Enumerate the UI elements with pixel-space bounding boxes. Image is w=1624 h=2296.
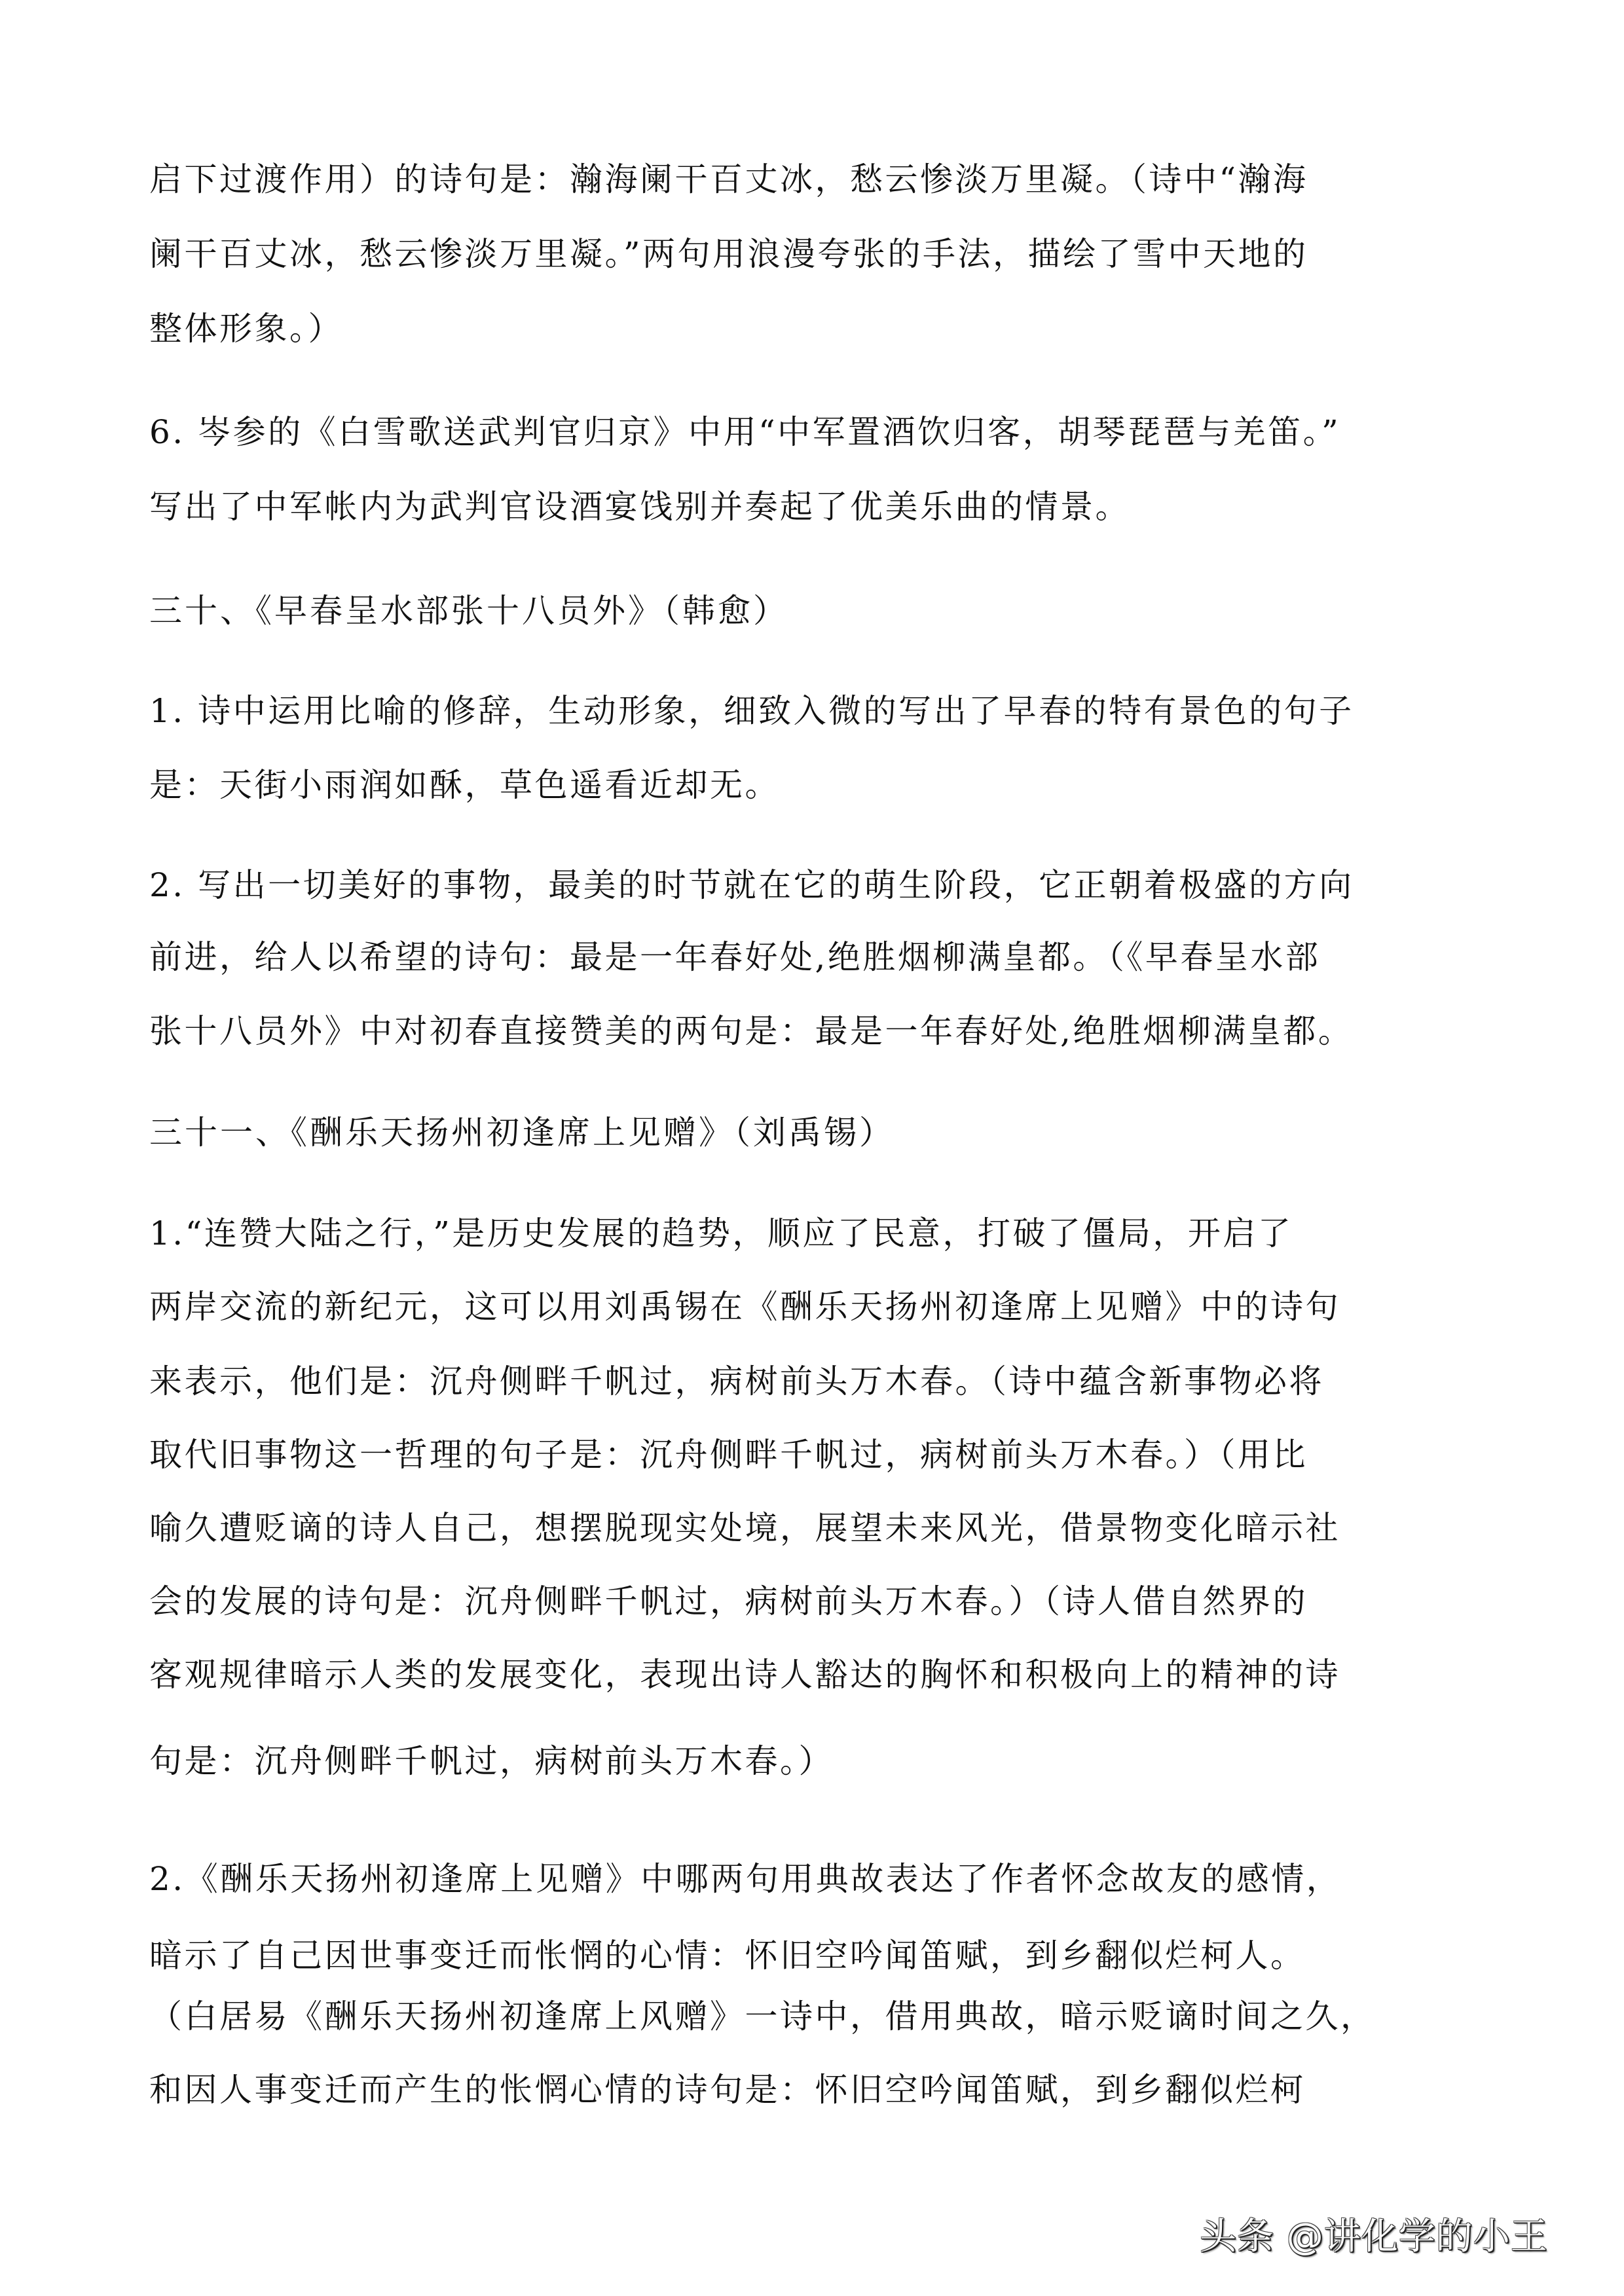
text-line: 张十八员外》中对初春直接赞美的两句是：最是一年春好处,绝胜烟柳满皇都。 — [149, 1011, 1353, 1051]
text-line: 6. 岑参的《白雪歌送武判官归京》中用“中军置酒饮归客，胡琴琵琶与羌笛。” — [149, 412, 1340, 452]
text-line: 2. 写出一切美好的事物，最美的时节就在它的萌生阶段，它正朝着极盛的方向 — [149, 866, 1354, 905]
section-heading-30: 三十、《早春呈水部张十八员外》（韩愈） — [149, 591, 788, 630]
text-line: 启下过渡作用）的诗句是：瀚海阑干百丈冰，愁云惨淡万里凝。（诗中“瀚海 — [149, 160, 1308, 199]
section-heading-31: 三十一、《酬乐天扬州初逢席上见赠》（刘禹锡） — [149, 1113, 895, 1152]
text-line: 来表示，他们是：沉舟侧畔千帆过，病树前头万木春。（诗中蕴含新事物必将 — [149, 1362, 1324, 1401]
text-line: 客观规律暗示人类的发展变化，表现出诗人豁达的胸怀和积极向上的精神的诗 — [149, 1655, 1340, 1694]
text-line: 1. 诗中运用比喻的修辞，生动形象，细致入微的写出了早春的特有景色的句子 — [149, 691, 1354, 731]
text-line: （白居易《酬乐天扬州初逢席上风赠》一诗中，借用典故，暗示贬谪时间之久， — [149, 1997, 1376, 2036]
source-watermark: 头条 @讲化学的小王 — [1200, 2214, 1548, 2260]
text-line: 和因人事变迁而产生的怅惘心情的诗句是：怀旧空吟闻笛赋，到乡翻似烂柯 — [149, 2070, 1306, 2109]
text-line: 整体形象。） — [149, 309, 343, 348]
text-line: 会的发展的诗句是：沉舟侧畔千帆过，病树前头万木春。）（诗人借自然界的 — [149, 1582, 1308, 1621]
text-line: 2.《酬乐天扬州初逢席上见赠》中哪两句用典故表达了作者怀念故友的感情， — [149, 1859, 1341, 1899]
text-line: 阑干百丈冰，愁云惨淡万里凝。”两句用浪漫夸张的手法，描绘了雪中天地的 — [149, 234, 1308, 274]
text-line: 前进，给人以希望的诗句：最是一年春好处,绝胜烟柳满皇都。（《早春呈水部 — [149, 938, 1320, 977]
text-line: 是：天街小雨润如酥，草色遥看近却无。 — [149, 765, 780, 805]
text-line: 写出了中军帐内为武判官设酒宴饯别并奏起了优美乐曲的情景。 — [149, 487, 1130, 526]
text-line: 两岸交流的新纪元，这可以用刘禹锡在《酬乐天扬州初逢席上见赠》中的诗句 — [149, 1287, 1340, 1326]
text-line: 1.“连赞大陆之行，”是历史发展的趋势，顺应了民意，打破了僵局，开启了 — [149, 1214, 1293, 1253]
text-line: 暗示了自己因世事变迁而怅惘的心情：怀旧空吟闻笛赋，到乡翻似烂柯人。 — [149, 1936, 1306, 1975]
text-line: 取代旧事物这一哲理的句子是：沉舟侧畔千帆过，病树前头万木春。）（用比 — [149, 1435, 1308, 1474]
text-line: 喻久遭贬谪的诗人自己，想摆脱现实处境，展望未来风光，借景物变化暗示社 — [149, 1508, 1340, 1548]
text-line: 句是：沉舟侧畔千帆过，病树前头万木春。） — [149, 1741, 834, 1781]
